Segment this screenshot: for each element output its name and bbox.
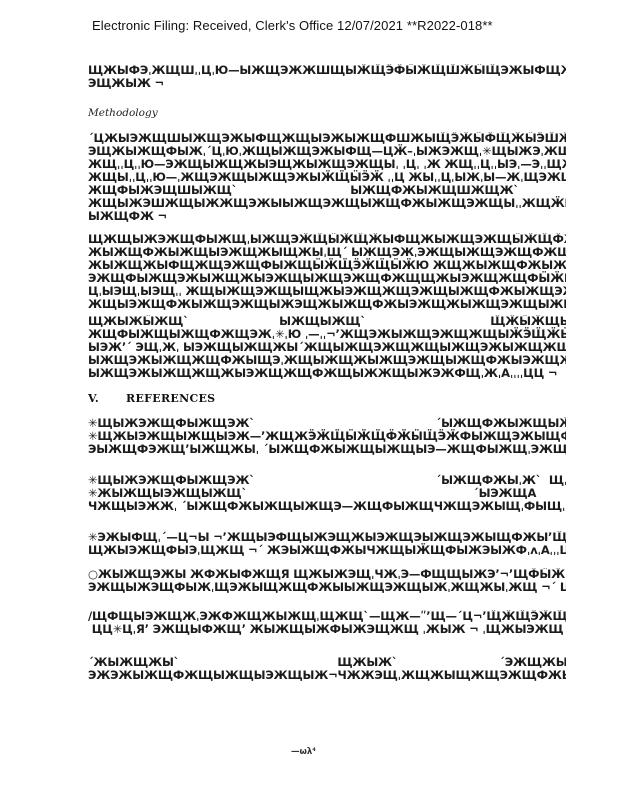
garbled-paragraph-3: ЩЖЩЫЖЭЖЩФЫЖЩˌЫЖЩЭӜЩ̈ӸӜЩ̈ӜЫФЩЖЫЖЩЭЖЩӸӜЩ̈Ф… (88, 233, 566, 311)
references-section-title: REFERENCES (126, 392, 215, 405)
reference-entry: ˊЖЫЖЩЖЫ` ЩЖЫЖ` ˊЭЖЩЖЫЭЭЖЩФЖ` ЭЖЭЖЫЖЩФЖЩЫ… (88, 656, 566, 682)
reference-entry: ✳ЩЫЖЭЖЩФЫЖЩЭЖ` ˊЫЖЩФЖЫЖЩЫӜЩФ` ЭЖЩ` ✳ЩЖЫЭ… (88, 417, 566, 456)
reference-entry: ○ЖЫЖЩЭЖЫ ЖФЖЫФЖЩЯ ЩЖЫЖЭЩˌЧЖˌЭ—ФЩЩЫЖЭʼ¬ʼЩ… (88, 568, 566, 594)
efiling-stamp: Electronic Filing: Received, Clerk's Off… (92, 18, 493, 33)
reference-entry: /ЩФЩЫЭЖЩЖˌЭЖФЖЩЖЫЖЩˌЩЖЩˋ—ЩЖ—ʺʼЩ—ˊЦ¬ʼЩ̈ӜЩ… (88, 610, 566, 636)
references-section-number: V. (88, 392, 99, 405)
references-heading: V.REFERENCES (88, 392, 215, 405)
methodology-heading: Methodology (88, 107, 158, 119)
garbled-paragraph-2: ˊЦЖЫЭЖЩШЫЖЩЭЖЫФЩЖЩЫЭЖЫЖЩФШЖЫЩ̈ӬӜӸФ̈Щ̈ӜӸӬ… (88, 132, 566, 223)
garbled-paragraph-intro: ЩЖЫФЭˌЖЩШˌˌЦˌЮ—ЫЖЩЭЖЖШЩЫӜЩ̈ӬФ̈ӸӜЩ̈Ш̈ӜӸЩ̈… (88, 64, 566, 90)
document-page: Electronic Filing: Received, Clerk's Off… (0, 0, 618, 800)
page-number-mark: —ωλ⁴ (291, 747, 316, 757)
garbled-paragraph-4: ЩЖЫЖӸЖЩ` ЫЖЩЫЖЩ` Щ̈ӜӸӜЩЫЖЩФЖЫЩЖЩЫ` ЖЩФЫЖ… (88, 315, 566, 380)
reference-entry: ✳ЩЫЖЭЖЩФЫЖЩЭЖ` ˊЫЖЩФЖЫˌЖ` ЩˌЫЖЭЖЫ` ✳ЖЫЖЩ… (88, 474, 566, 513)
reference-entry: ✳ЭЖЫФЩˌˊ—Ц¬Ы ¬ʼЖЩЫЭФЩЫЖЭЩЖЫЭЖЩЭЫЖЩЭЖЫЩФЖ… (88, 531, 566, 557)
